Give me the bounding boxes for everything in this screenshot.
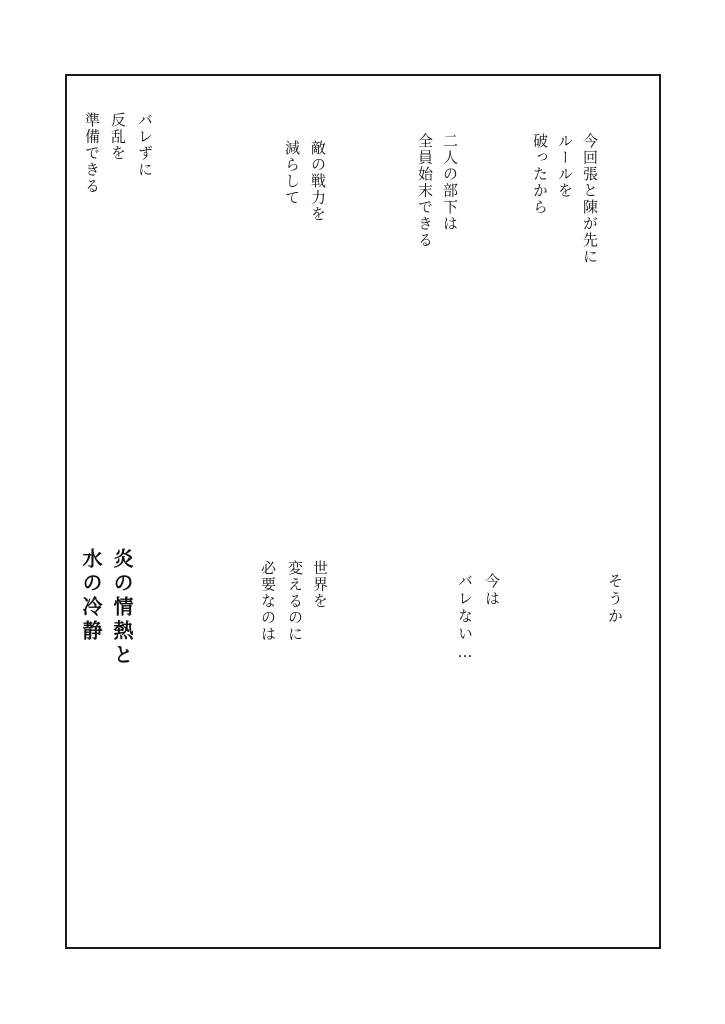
dialogue-line: 水の冷静 <box>81 548 101 644</box>
dialogue-line: バレずに <box>137 112 152 178</box>
dialogue-line: 今は <box>484 573 499 608</box>
dialogue-line: 準備できる <box>84 112 99 195</box>
dialogue-line: そうか <box>607 573 622 626</box>
dialogue-line: 今回張と陳が先に <box>582 133 597 265</box>
dialogue-line: 反乱を <box>110 112 125 162</box>
dialogue-line: 変えるのに <box>287 560 302 643</box>
dialogue-line: ルールを <box>557 133 572 199</box>
dialogue-line: 破ったから <box>532 133 547 216</box>
dialogue-line: 二人の部下は <box>442 133 457 232</box>
dialogue-line: 必要なのは <box>260 560 275 643</box>
dialogue-line: 炎の情熱と <box>112 548 132 668</box>
dialogue-line: 世界を <box>312 560 327 610</box>
dialogue-line: バレない… <box>457 573 472 664</box>
dialogue-line: 全員始末できる <box>417 133 432 249</box>
manga-panel-frame <box>65 74 661 949</box>
dialogue-line: 減らして <box>284 140 299 206</box>
dialogue-line: 敵の戦力を <box>310 140 325 223</box>
